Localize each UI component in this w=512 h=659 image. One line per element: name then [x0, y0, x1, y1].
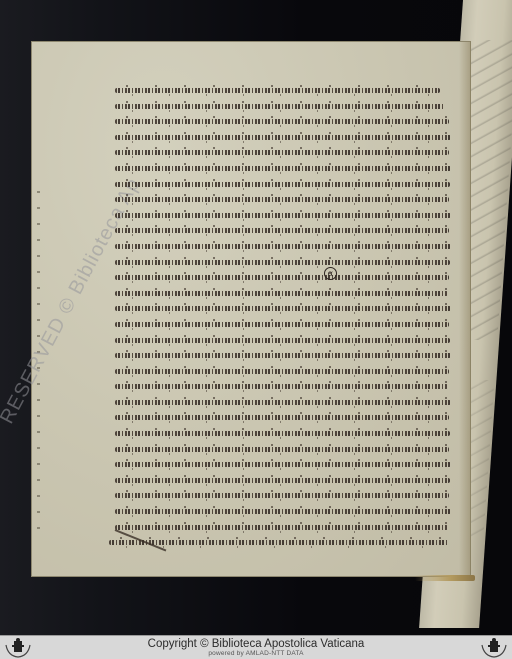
copyright-text: Copyright © Biblioteca Apostolica Vatica… — [0, 638, 512, 650]
marginal-numeral: α — [324, 267, 337, 280]
powered-by-text: powered by AMLAD-NTT DATA — [0, 650, 512, 658]
vatican-crest-icon — [477, 637, 511, 659]
text-line — [115, 270, 451, 286]
image-viewer[interactable]: RESERVED © Biblioteca Ap — [0, 0, 512, 635]
text-line — [115, 239, 451, 255]
text-line — [115, 99, 451, 115]
text-line — [115, 301, 451, 317]
text-line — [115, 426, 451, 442]
text-line — [115, 130, 451, 146]
text-line — [115, 114, 451, 130]
text-line — [115, 208, 451, 224]
text-line — [115, 379, 451, 395]
text-line — [115, 473, 451, 489]
text-line — [115, 255, 451, 271]
text-line — [115, 488, 451, 504]
text-line — [115, 317, 451, 333]
manuscript-text-block — [115, 83, 451, 551]
text-line — [115, 364, 451, 380]
text-line — [115, 410, 451, 426]
text-line — [115, 520, 451, 536]
text-line — [115, 395, 451, 411]
text-line — [115, 192, 451, 208]
folio-edge — [415, 575, 475, 581]
text-line — [115, 83, 451, 99]
copyright-footer: Copyright © Biblioteca Apostolica Vatica… — [0, 635, 512, 659]
text-line — [115, 286, 451, 302]
text-line — [115, 457, 451, 473]
text-line — [115, 442, 451, 458]
text-line — [115, 177, 451, 193]
text-line — [115, 223, 451, 239]
text-line — [115, 145, 451, 161]
text-line — [115, 161, 451, 177]
text-line — [115, 504, 451, 520]
text-line — [115, 348, 451, 364]
text-line — [115, 333, 451, 349]
manuscript-folio: RESERVED © Biblioteca Ap — [31, 41, 471, 577]
